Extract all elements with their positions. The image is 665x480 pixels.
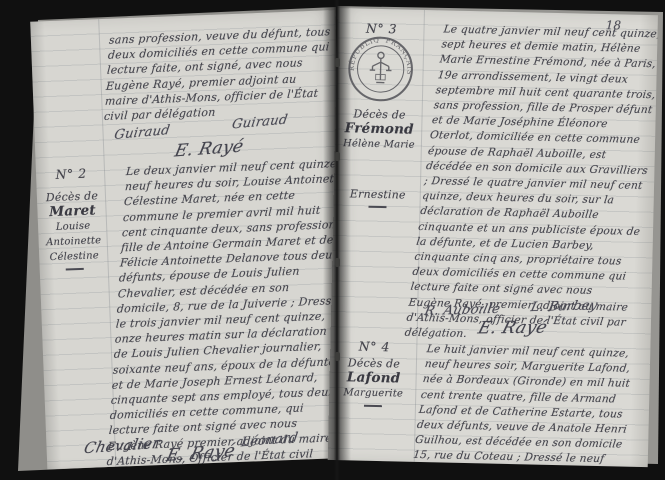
binding-gutter [323,0,351,480]
entry2-body: Le deux janvier mil neuf cent quinze, ne… [105,155,352,469]
seal-word-top: RÉPUBLIQUE [346,34,381,72]
entry3-body: Le quatre janvier mil neuf cent quinze, … [404,22,658,345]
entry2-surname: Maret [39,203,106,221]
entry3-underline-mark [368,206,386,208]
left-page: sans profession, veuve du défunt, tous d… [30,10,352,469]
closing-entry-body: sans profession, veuve du défunt, tous d… [103,24,335,124]
entry4-body: Le huit janvier mil neuf cent quinze, ne… [410,342,649,467]
seal-figure-icon [369,52,391,83]
register-scan: sans profession, veuve du défunt, tous d… [0,0,665,480]
entry2-number: N° 2 [38,165,105,183]
svg-text:RÉPUBLIQUE: RÉPUBLIQUE [346,34,381,72]
entry2-given-names-1: Louise Antoinette [40,218,107,251]
entry2-margin-annotation: N° 2 Décès de Maret Louise Antoinette Cé… [38,165,108,271]
binding-stitch [335,152,340,161]
republique-francaise-seal-stamp: RÉPUBLIQUE FRANÇAISE [346,34,416,104]
entry2-underline-mark [66,268,84,271]
right-page: 18 N° 3 RÉPUBLIQUE FRANÇAISE [328,8,658,467]
binding-stitch [335,258,340,267]
entry4-underline-mark [364,405,382,407]
signature-raye-right: E. Rayé [476,318,550,339]
signature-barbey: L. Barbey [529,298,599,315]
entry2-given-names-2: Célestine [41,248,108,266]
signature-raye-left: E. Rayé [173,136,245,161]
binding-stitch [335,352,340,361]
signature-guiraud-1: Guiraud [113,123,171,143]
signature-auboille: R. Auboille [423,302,502,319]
binding-stitch [335,58,340,67]
